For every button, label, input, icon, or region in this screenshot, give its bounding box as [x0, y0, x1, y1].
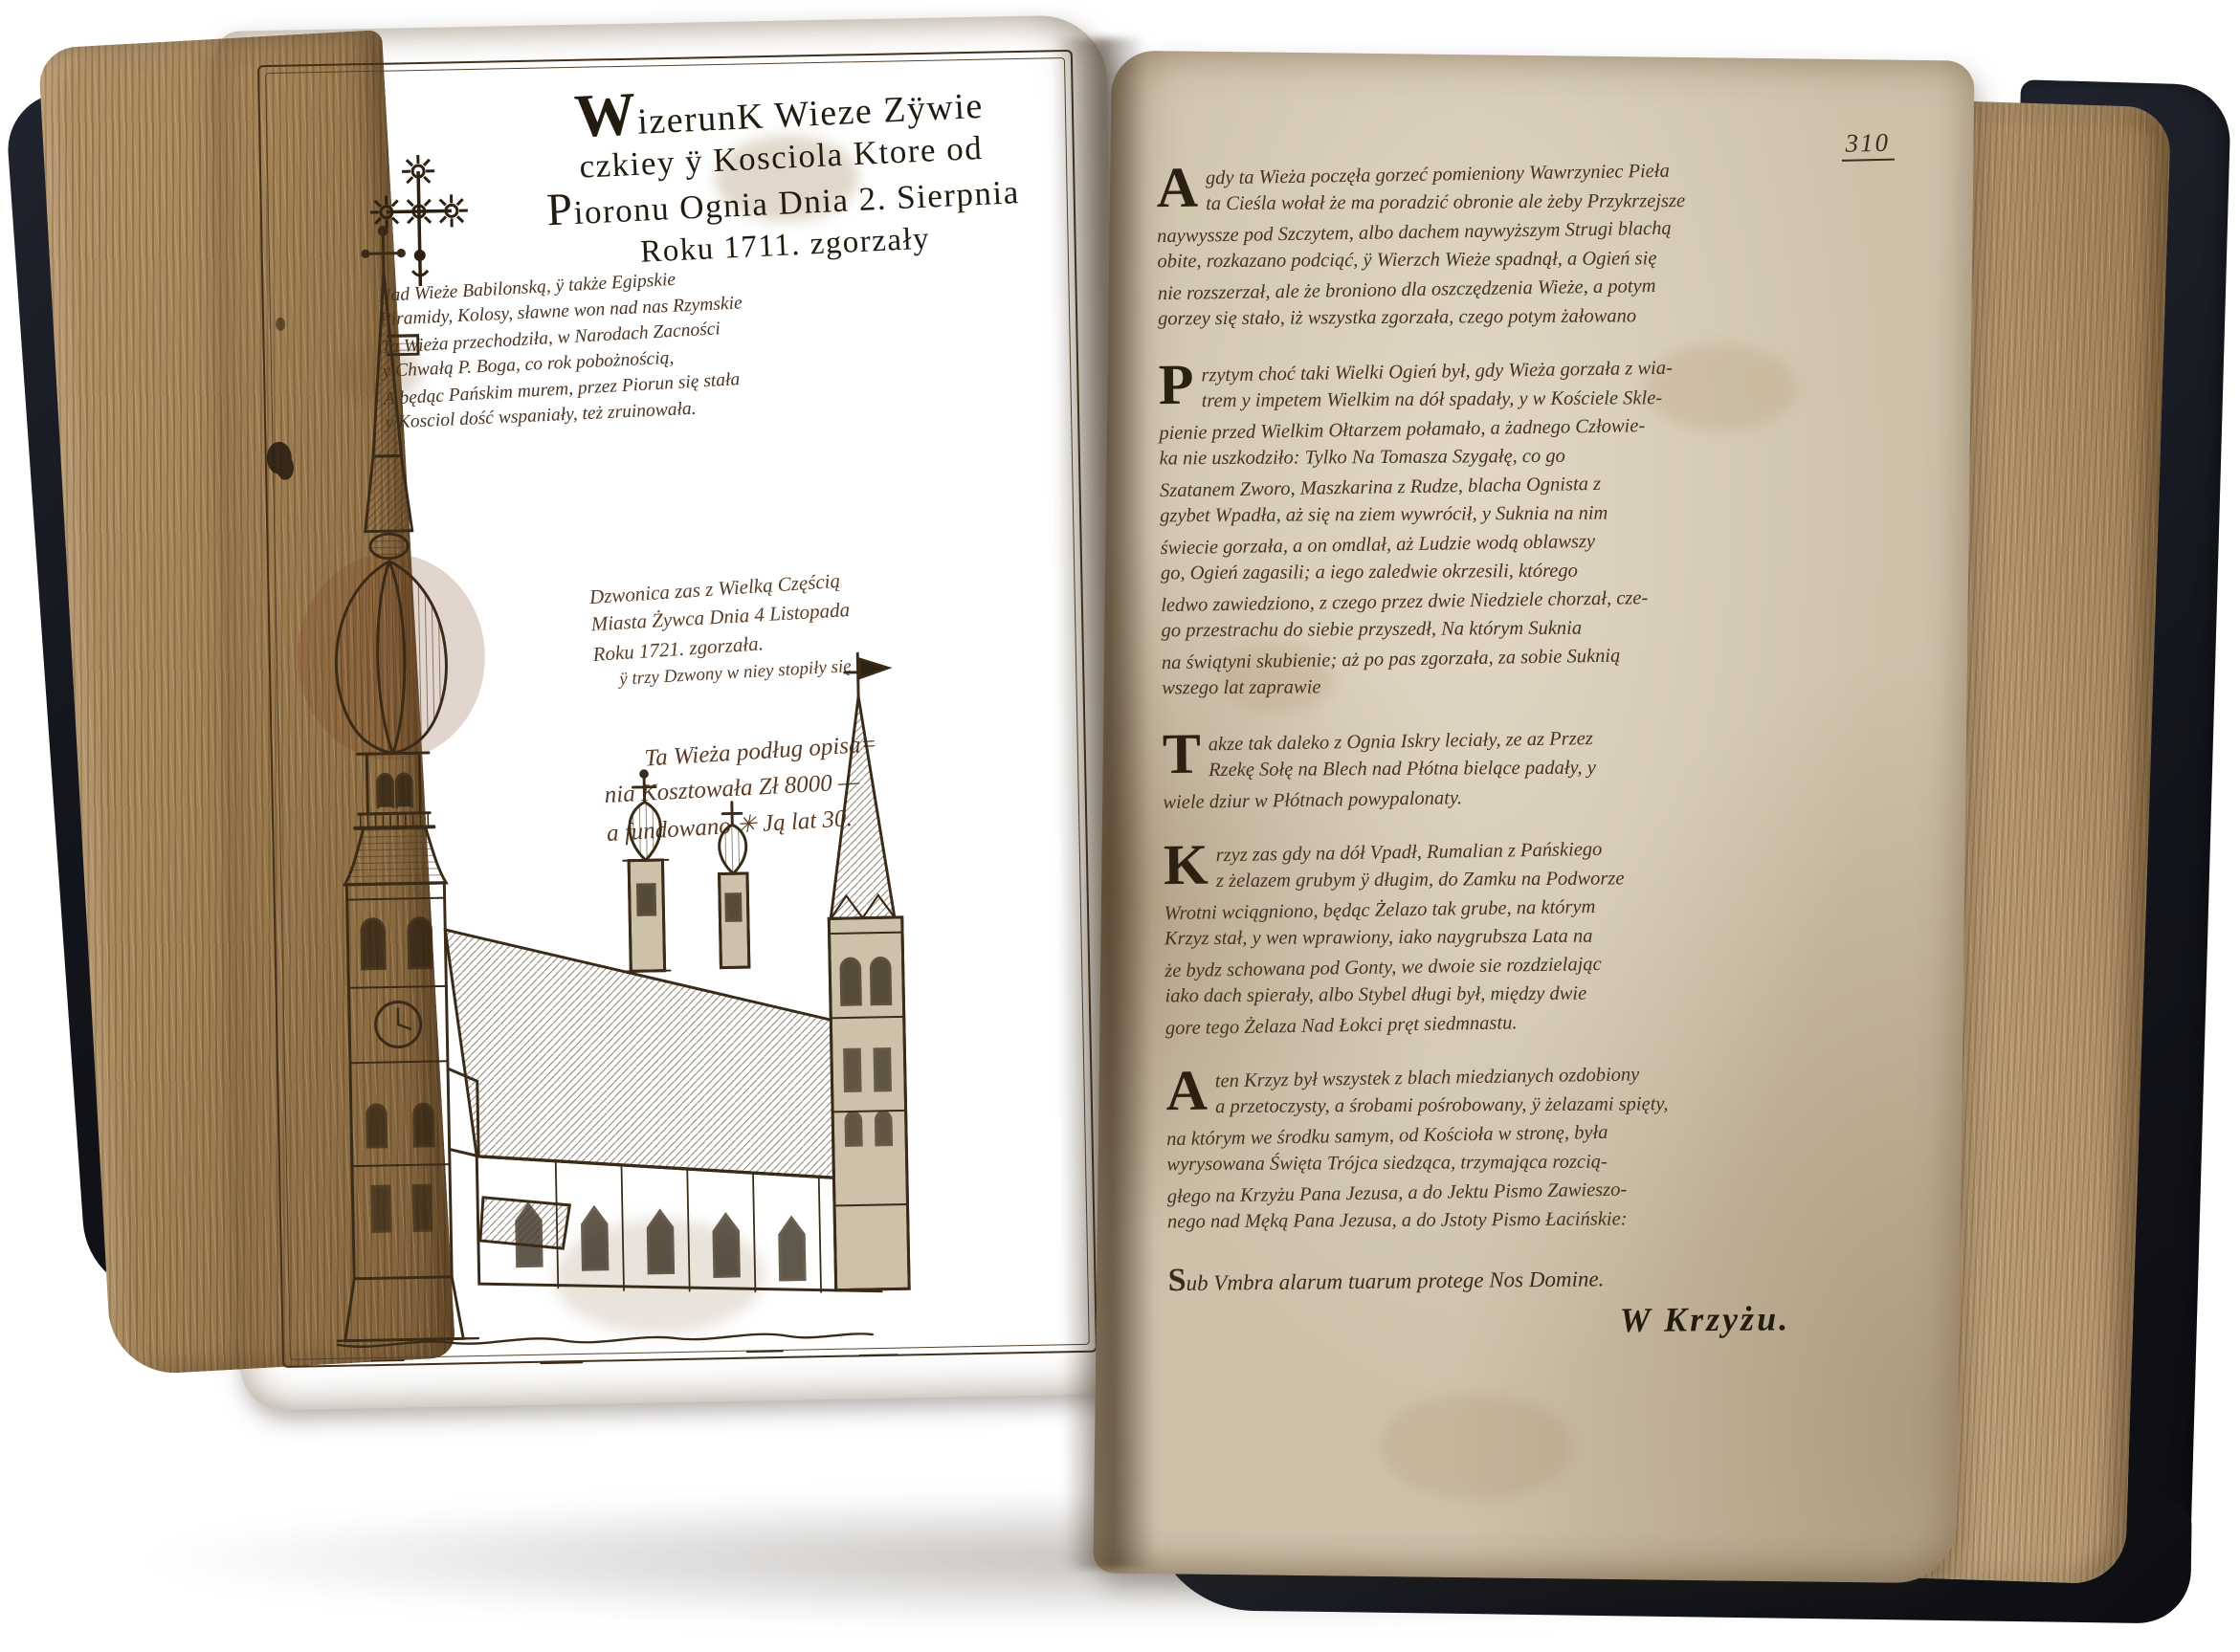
- manuscript-paragraph: A gdy ta Wieża poczęła gorzeć pomieniony…: [1156, 155, 1904, 335]
- photo-of-open-manuscript-book: WizerunK Wieze Zÿwieczkiey ÿ Kosciola Kt…: [0, 0, 2240, 1652]
- handwritten-line: gorzey się stało, iż wszystka zgorzała, …: [1158, 300, 1904, 334]
- manuscript-paragraph: P rzytym choć taki Wielki Ogień był, gdy…: [1159, 352, 1909, 704]
- manuscript-paragraph: T akze tak daleko z Ognia Iskry leciały,…: [1163, 721, 1910, 815]
- handwritten-line: nego nad Męką Pana Jezusa, a do Jstoty P…: [1167, 1203, 1914, 1237]
- right-page: 310 A gdy ta Wieża poczęła gorzeć pomien…: [1093, 51, 1974, 1584]
- handwritten-line: wszego lat zaprawie: [1162, 670, 1908, 703]
- manuscript-text-block: A gdy ta Wieża poczęła gorzeć pomieniony…: [1156, 155, 1915, 1345]
- manuscript-paragraph: K rzyz zas gdy na dół Vpadł, Rumalian z …: [1164, 832, 1912, 1041]
- manuscript-paragraph: A ten Krzyz był wszystek z blach miedzia…: [1165, 1058, 1914, 1238]
- book-gutter-shadow: [1053, 38, 1155, 1570]
- stain: [1381, 1393, 1573, 1500]
- paragraph-lines: rzytym choć taki Wielki Ogień był, gdy W…: [1159, 352, 1909, 704]
- church-drawing: [235, 206, 937, 1391]
- paragraph-lines: ten Krzyz był wszystek z blach miedziany…: [1165, 1058, 1914, 1238]
- paragraph-lines: rzyz zas gdy na dół Vpadł, Rumalian z Pa…: [1164, 832, 1912, 1041]
- paragraph-lines: akze tak daleko z Ognia Iskry leciały, z…: [1163, 721, 1910, 815]
- closing-latin-line: Sub Vmbra alarum tuarum protege Nos Domi…: [1167, 1255, 1914, 1299]
- paragraph-lines: gdy ta Wieża poczęła gorzeć pomieniony W…: [1156, 155, 1904, 335]
- signature: W Krzyżu.: [1168, 1298, 1790, 1345]
- left-page: WizerunK Wieze Zÿwieczkiey ÿ Kosciola Kt…: [214, 14, 1133, 1411]
